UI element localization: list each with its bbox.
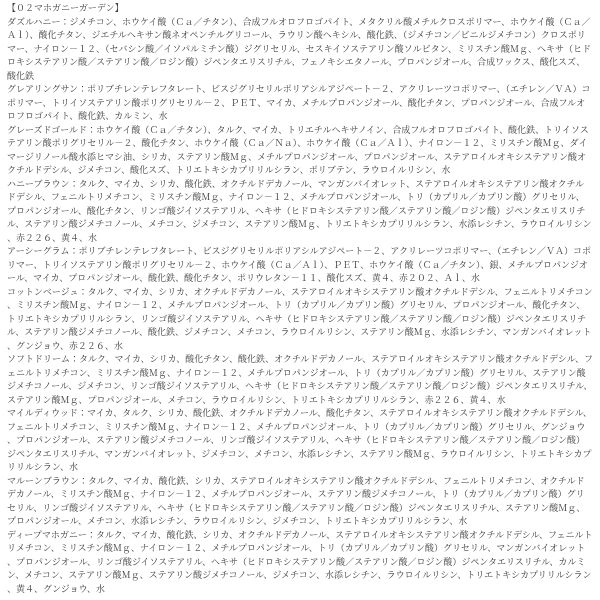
shade-name: ダズルハニー [7,18,60,28]
shade-name: グレーズドゴールド [7,126,87,136]
shade-name: ディープマホガニー [7,531,87,541]
shade-name: アーシーグラム [7,247,69,257]
shade-colon: ： [87,126,96,136]
shade-colon: ： [70,355,79,365]
shade-paragraph-glazed-gold: グレーズドゴールド：ホウケイ酸（Ｃａ／チタン）、タルク、マイカ、トリエチルヘキサ… [7,125,593,179]
shade-paragraph-maroon-brown: マルーンブラウン：タルク、マイカ、酸化鉄、シリカ、ステアロイルオキシステアリン酸… [7,476,593,530]
shade-name: ハニーブラウン [7,180,70,190]
shade-name: コットンベージュ [7,288,78,298]
shade-paragraph-glaring-sun: グレアリングサン：ポリブチレンテレフタレート、ビスジグリセリルポリアシルアジペー… [7,84,593,125]
shade-ingredients: マイカ、タルク、シリカ、酸化鉄、オクチルドデカノール、酸化チタン、ステアロイルオ… [7,409,592,473]
shade-colon: ： [78,85,87,95]
shade-ingredients: ジメチコン、ホウケイ酸（Ｃａ／チタン）、合成フルオロフロゴパイト、メタクリル酸メ… [7,18,591,82]
shade-colon: ： [87,531,96,541]
shade-paragraph-earthy-glam: アーシーグラム：ポリブチレンテレフタレート、ビスジグリセリルポリアシルアジペート… [7,246,593,287]
shade-ingredients: タルク、マイカ、シリカ、酸化鉄、オクチルドデカノール、マンガンバイオレット、ステ… [7,180,592,244]
shade-name: マルーンブラウン [7,477,79,487]
shade-colon: ： [78,409,87,419]
ingredient-list-document: 【０２マホガニーガーデン】 ダズルハニー：ジメチコン、ホウケイ酸（Ｃａ／チタン）… [0,0,600,600]
shade-name: ソフトドリーム [7,355,70,365]
shade-colon: ： [79,477,88,487]
shade-name: マイルディウッド [7,409,78,419]
shade-paragraph-soft-dream: ソフトドリーム：タルク、マイカ、シリカ、酸化チタン、酸化鉄、オクチルドデカノール… [7,354,593,408]
shade-paragraph-mildy-wood: マイルディウッド：マイカ、タルク、シリカ、酸化鉄、オクチルドデカノール、酸化チタ… [7,408,593,476]
shade-ingredients: ポリブチレンテレフタレート、ビスジグリセリルポリアシルアジペート－２、アクリレー… [7,247,591,284]
shade-ingredients: タルク、マイカ、シリカ、酸化チタン、酸化鉄、オクチルドデカノール、ステアロイルオ… [7,355,593,406]
shade-paragraph-dazzle-honey: ダズルハニー：ジメチコン、ホウケイ酸（Ｃａ／チタン）、合成フルオロフロゴパイト、… [7,17,593,85]
shade-colon: ： [70,180,79,190]
page-title: 【０２マホガニーガーデン】 [7,3,593,17]
shade-paragraph-honey-brown: ハニーブラウン：タルク、マイカ、シリカ、酸化鉄、オクチルドデカノール、マンガンバ… [7,179,593,247]
shade-name: グレアリングサン [7,85,78,95]
shade-ingredients: タルク、マイカ、シリカ、オクチルドデカノール、ステアロイルオキシステアリン酸オク… [7,288,593,352]
shade-ingredients: ポリブチレンテレフタレート、ビスジグリセリルポリアシルアジペート－２、アクリレー… [7,85,591,122]
shade-paragraph-deep-mahogany: ディープマホガニー：タルク、マイカ、酸化鉄、シリカ、オクチルドデカノール、ステア… [7,530,593,598]
shade-ingredients: タルク、マイカ、酸化鉄、シリカ、ステアロイルオキシステアリン酸オクチルドデシル、… [7,477,585,528]
shade-paragraph-cotton-beige: コットンベージュ：タルク、マイカ、シリカ、オクチルドデカノール、ステアロイルオキ… [7,287,593,355]
